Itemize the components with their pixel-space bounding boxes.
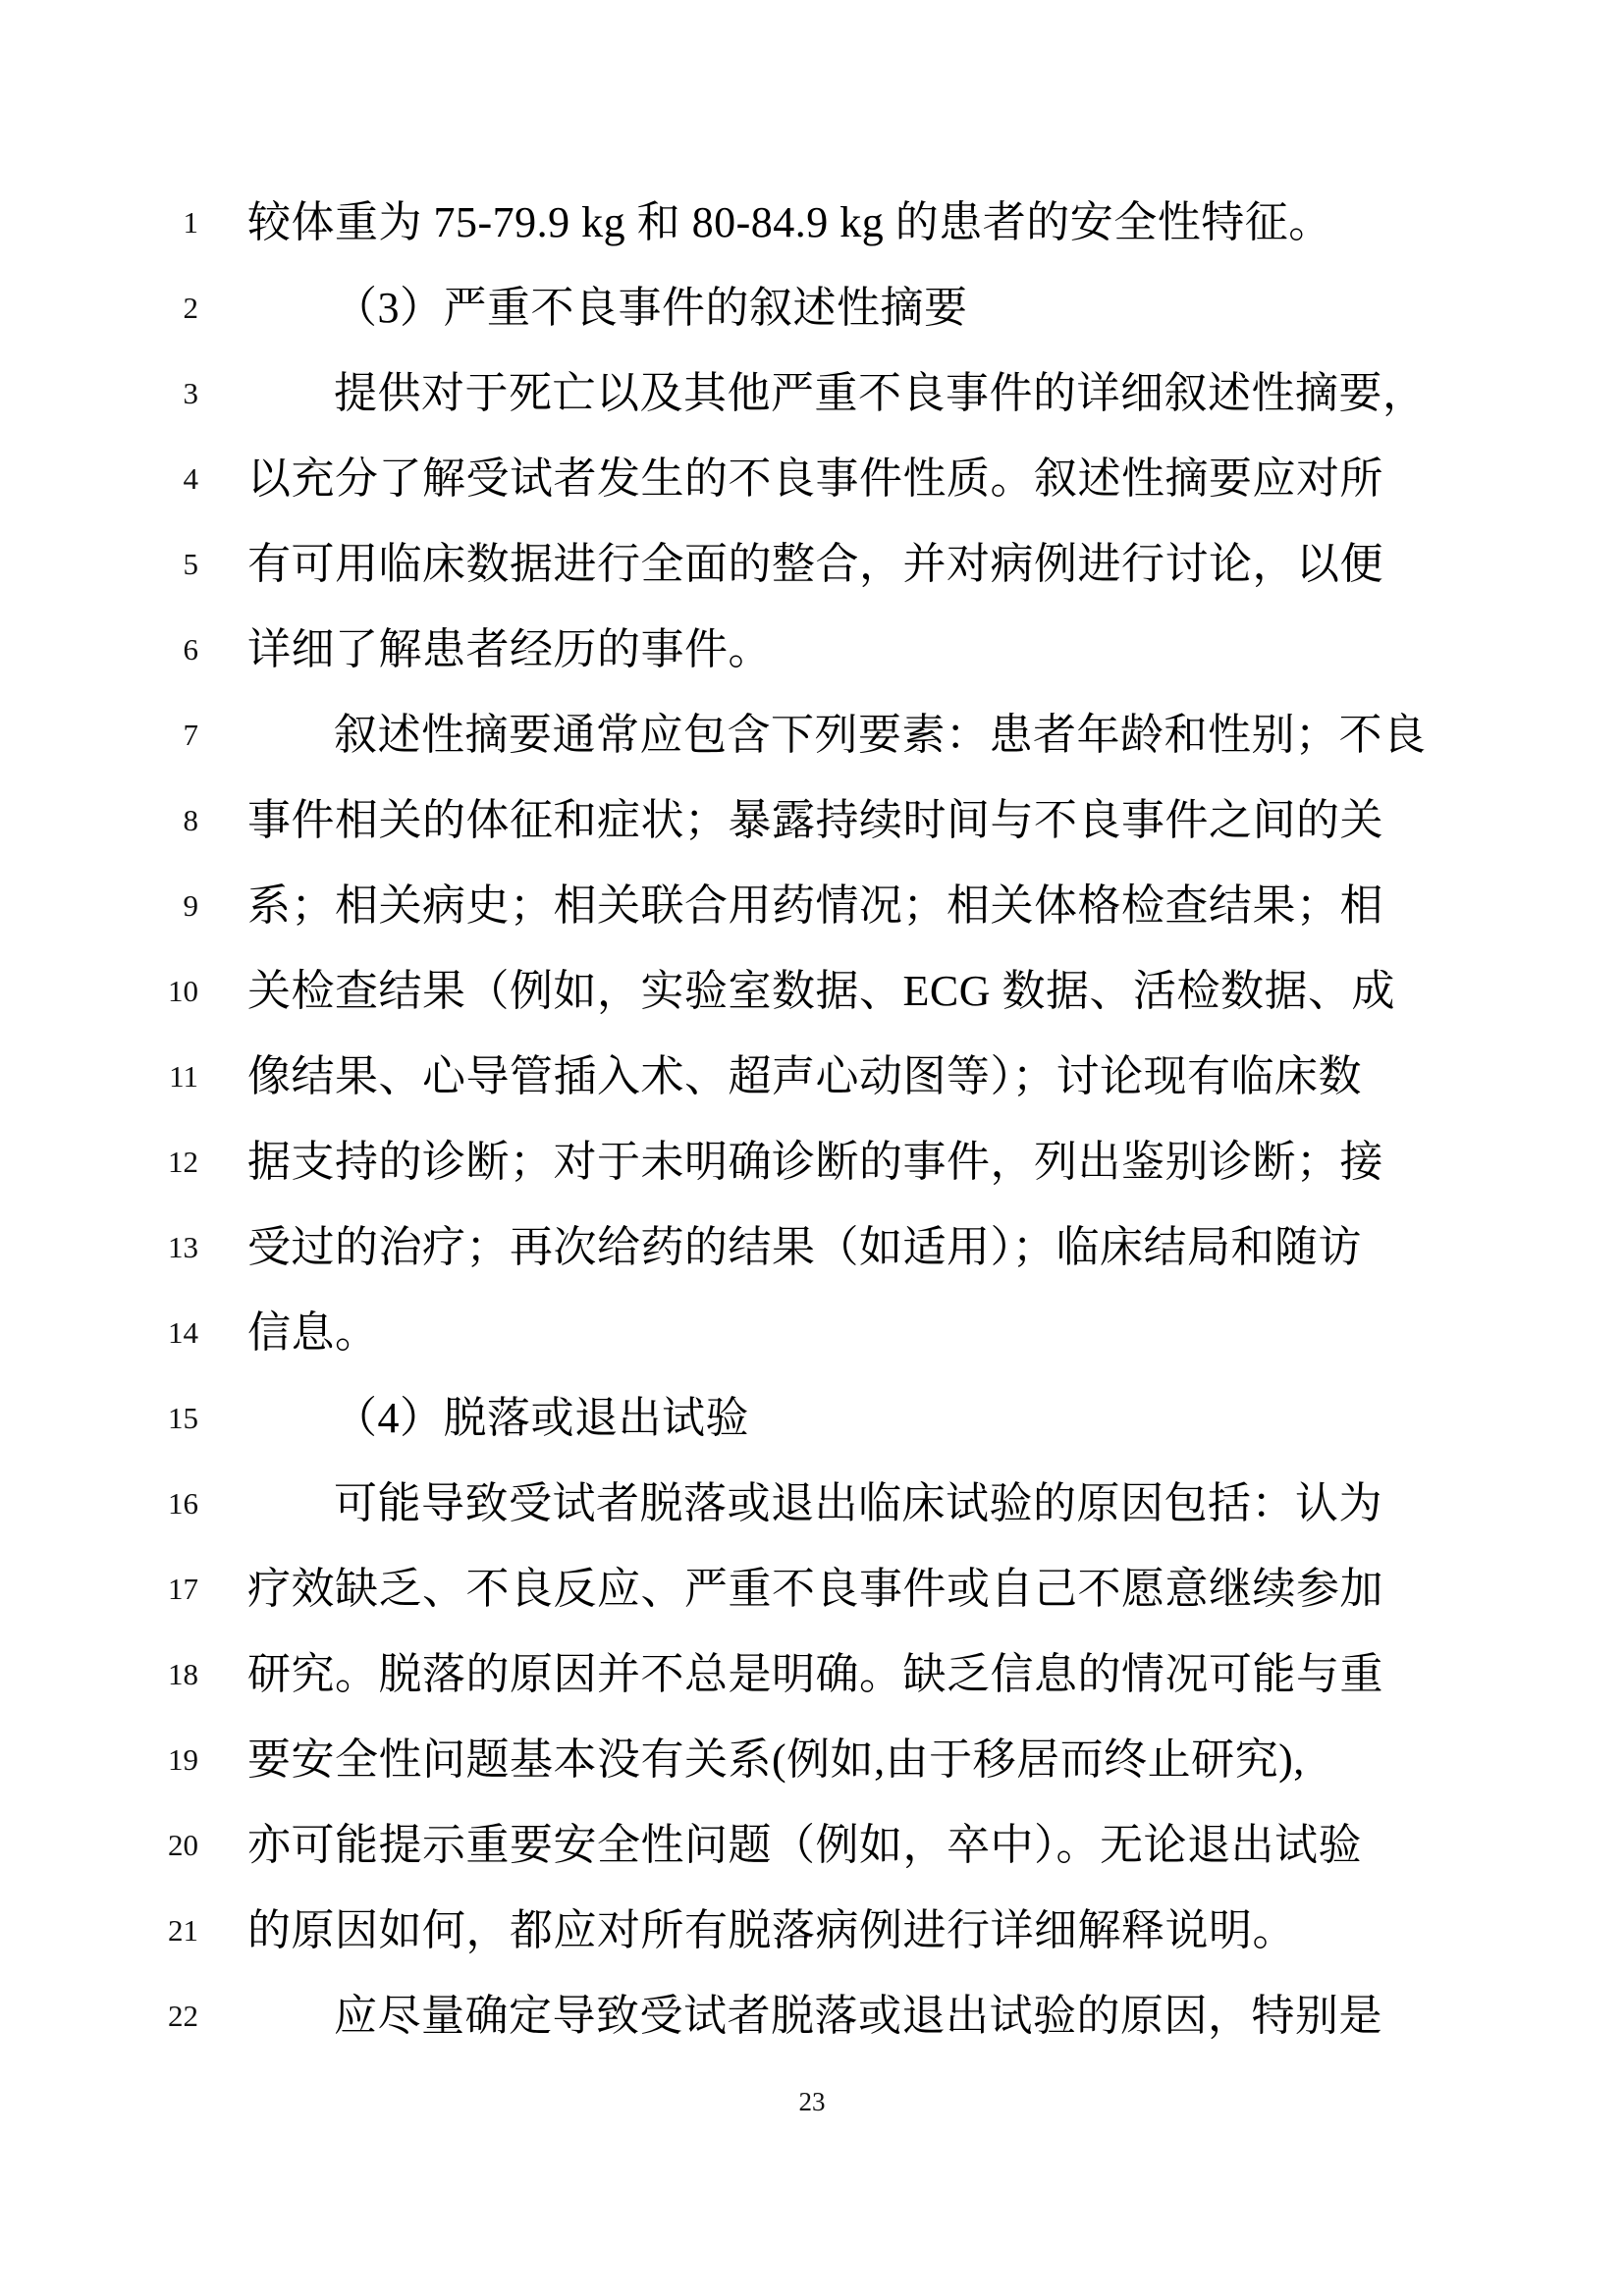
line-text: 应尽量确定导致受试者脱落或退出试验的原因，特别是 xyxy=(247,1973,1565,2058)
line-number: 16 xyxy=(79,1461,198,1546)
text-line: 20 亦可能提示重要安全性问题（例如，卒中）。无论退出试验 xyxy=(0,1802,1624,1888)
line-text: 疗效缺乏、不良反应、严重不良事件或自己不愿意继续参加 xyxy=(247,1546,1565,1631)
line-text: 叙述性摘要通常应包含下列要素：患者年龄和性别；不良 xyxy=(247,692,1565,777)
line-number: 4 xyxy=(79,436,198,521)
text-line: 12 据支持的诊断；对于未明确诊断的事件，列出鉴别诊断；接 xyxy=(0,1119,1624,1204)
text-line: 4 以充分了解受试者发生的不良事件性质。叙述性摘要应对所 xyxy=(0,436,1624,521)
line-number: 12 xyxy=(79,1119,198,1204)
text-line: 7 叙述性摘要通常应包含下列要素：患者年龄和性别；不良 xyxy=(0,692,1624,777)
line-text: 关检查结果（例如，实验室数据、ECG 数据、活检数据、成 xyxy=(247,948,1565,1034)
text-line: 9 系；相关病史；相关联合用药情况；相关体格检查结果；相 xyxy=(0,863,1624,948)
text-line: 2 （3）严重不良事件的叙述性摘要 xyxy=(0,265,1624,350)
text-line: 14 信息。 xyxy=(0,1290,1624,1375)
text-line: 16 可能导致受试者脱落或退出临床试验的原因包括：认为 xyxy=(0,1461,1624,1546)
line-number: 1 xyxy=(79,180,198,265)
document-page: 1 较体重为 75-79.9 kg 和 80-84.9 kg 的患者的安全性特征… xyxy=(0,0,1624,2296)
line-text: 信息。 xyxy=(247,1290,1565,1375)
text-line: 17 疗效缺乏、不良反应、严重不良事件或自己不愿意继续参加 xyxy=(0,1546,1624,1631)
line-text: （4）脱落或退出试验 xyxy=(247,1375,1565,1461)
text-line: 21 的原因如何，都应对所有脱落病例进行详细解释说明。 xyxy=(0,1888,1624,1973)
line-number: 14 xyxy=(79,1290,198,1375)
line-number: 3 xyxy=(79,350,198,436)
text-line: 5 有可用临床数据进行全面的整合，并对病例进行讨论，以便 xyxy=(0,521,1624,607)
line-number: 17 xyxy=(79,1546,198,1631)
line-text: 亦可能提示重要安全性问题（例如，卒中）。无论退出试验 xyxy=(247,1802,1565,1888)
text-line: 8 事件相关的体征和症状；暴露持续时间与不良事件之间的关 xyxy=(0,777,1624,863)
text-line: 13 受过的治疗；再次给药的结果（如适用）；临床结局和随访 xyxy=(0,1204,1624,1290)
text-block: 1 较体重为 75-79.9 kg 和 80-84.9 kg 的患者的安全性特征… xyxy=(0,180,1624,2058)
line-number: 7 xyxy=(79,692,198,777)
line-text: 的原因如何，都应对所有脱落病例进行详细解释说明。 xyxy=(247,1888,1565,1973)
text-line: 3 提供对于死亡以及其他严重不良事件的详细叙述性摘要， xyxy=(0,350,1624,436)
line-text: 系；相关病史；相关联合用药情况；相关体格检查结果；相 xyxy=(247,863,1565,948)
line-text: 像结果、心导管插入术、超声心动图等）；讨论现有临床数 xyxy=(247,1034,1565,1119)
line-text: 提供对于死亡以及其他严重不良事件的详细叙述性摘要， xyxy=(247,350,1565,436)
line-text: 较体重为 75-79.9 kg 和 80-84.9 kg 的患者的安全性特征。 xyxy=(247,180,1565,265)
line-text: 有可用临床数据进行全面的整合，并对病例进行讨论，以便 xyxy=(247,521,1565,607)
line-text: 研究。脱落的原因并不总是明确。缺乏信息的情况可能与重 xyxy=(247,1631,1565,1717)
line-number: 21 xyxy=(79,1888,198,1973)
line-text: 受过的治疗；再次给药的结果（如适用）；临床结局和随访 xyxy=(247,1204,1565,1290)
line-text: 以充分了解受试者发生的不良事件性质。叙述性摘要应对所 xyxy=(247,436,1565,521)
line-number: 22 xyxy=(79,1973,198,2058)
text-line: 6 详细了解患者经历的事件。 xyxy=(0,607,1624,692)
line-number: 11 xyxy=(79,1034,198,1119)
line-number: 6 xyxy=(79,607,198,692)
text-line: 15 （4）脱落或退出试验 xyxy=(0,1375,1624,1461)
line-number: 19 xyxy=(79,1717,198,1802)
line-number: 5 xyxy=(79,521,198,607)
line-number: 10 xyxy=(79,948,198,1034)
text-line: 1 较体重为 75-79.9 kg 和 80-84.9 kg 的患者的安全性特征… xyxy=(0,180,1624,265)
line-number: 20 xyxy=(79,1802,198,1888)
text-line: 10 关检查结果（例如，实验室数据、ECG 数据、活检数据、成 xyxy=(0,948,1624,1034)
line-number: 13 xyxy=(79,1204,198,1290)
text-line: 19 要安全性问题基本没有关系(例如,由于移居而终止研究), xyxy=(0,1717,1624,1802)
line-text: （3）严重不良事件的叙述性摘要 xyxy=(247,265,1565,350)
line-number: 8 xyxy=(79,777,198,863)
line-text: 可能导致受试者脱落或退出临床试验的原因包括：认为 xyxy=(247,1461,1565,1546)
text-line: 11 像结果、心导管插入术、超声心动图等）；讨论现有临床数 xyxy=(0,1034,1624,1119)
text-line: 22 应尽量确定导致受试者脱落或退出试验的原因，特别是 xyxy=(0,1973,1624,2058)
line-text: 事件相关的体征和症状；暴露持续时间与不良事件之间的关 xyxy=(247,777,1565,863)
line-text: 要安全性问题基本没有关系(例如,由于移居而终止研究), xyxy=(247,1717,1565,1802)
line-number: 18 xyxy=(79,1631,198,1717)
page-number: 23 xyxy=(0,2087,1624,2117)
line-number: 2 xyxy=(79,265,198,350)
line-text: 据支持的诊断；对于未明确诊断的事件，列出鉴别诊断；接 xyxy=(247,1119,1565,1204)
line-number: 9 xyxy=(79,863,198,948)
line-text: 详细了解患者经历的事件。 xyxy=(247,607,1565,692)
text-line: 18 研究。脱落的原因并不总是明确。缺乏信息的情况可能与重 xyxy=(0,1631,1624,1717)
line-number: 15 xyxy=(79,1375,198,1461)
